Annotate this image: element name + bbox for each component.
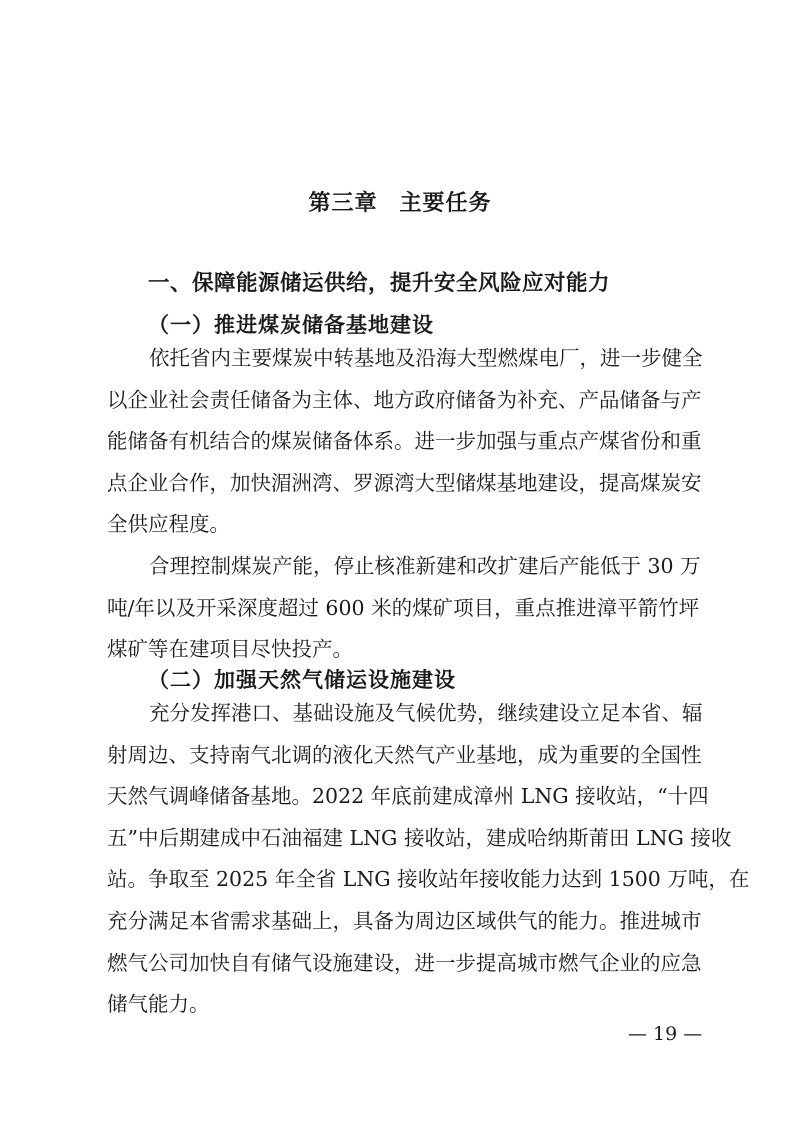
paragraph-line: 天然气调峰储备基地。2022 年底前建成漳州 LNG 接收站，“十四 <box>107 776 697 818</box>
chapter-name: 主要任务 <box>400 191 492 216</box>
paragraph-line: 充分满足本省需求基础上，具备为周边区域供气的能力。推进城市 <box>107 901 697 943</box>
chapter-title: 第三章主要任务 <box>0 186 800 217</box>
subsection-heading-gas: （二）加强天然气储运设施建设 <box>148 664 456 694</box>
paragraph-line: 以企业社会责任储备为主体、地方政府储备为补充、产品储备与产 <box>107 380 697 422</box>
paragraph-gas-storage: 充分发挥港口、基础设施及气候优势，继续建设立足本省、辐 射周边、支持南气北调的液… <box>107 693 697 1026</box>
paragraph-line: 依托省内主要煤炭中转基地及沿海大型燃煤电厂，进一步健全 <box>107 338 697 380</box>
chapter-number: 第三章 <box>308 191 377 216</box>
paragraph-line: 全供应程度。 <box>107 504 697 546</box>
paragraph-coal-capacity: 合理控制煤炭产能，停止核准新建和改扩建后产能低于 30 万 吨/年以及开采深度超… <box>107 546 697 671</box>
paragraph-line: 储气能力。 <box>107 984 697 1026</box>
document-page: 第三章主要任务 一、保障能源储运供给，提升安全风险应对能力 （一）推进煤炭储备基… <box>0 0 800 1133</box>
section-heading: 一、保障能源储运供给，提升安全风险应对能力 <box>148 266 610 297</box>
paragraph-line: 充分发挥港口、基础设施及气候优势，继续建设立足本省、辐 <box>107 693 697 735</box>
paragraph-line: 五”中后期建成中石油福建 LNG 接收站，建成哈纳斯莆田 LNG 接收 <box>107 818 697 860</box>
paragraph-line: 燃气公司加快自有储气设施建设，进一步提高城市燃气企业的应急 <box>107 943 697 985</box>
subsection-heading-coal: （一）推进煤炭储备基地建设 <box>148 309 434 339</box>
paragraph-line: 射周边、支持南气北调的液化天然气产业基地，成为重要的全国性 <box>107 735 697 777</box>
paragraph-line: 站。争取至 2025 年全省 LNG 接收站年接收能力达到 1500 万吨，在 <box>107 859 697 901</box>
paragraph-line: 合理控制煤炭产能，停止核准新建和改扩建后产能低于 30 万 <box>107 546 697 588</box>
paragraph-line: 点企业合作，加快湄洲湾、罗源湾大型储煤基地建设，提高煤炭安 <box>107 463 697 505</box>
page-number: — 19 — <box>628 1023 702 1045</box>
paragraph-line: 吨/年以及开采深度超过 600 米的煤矿项目，重点推进漳平箭竹坪 <box>107 588 697 630</box>
paragraph-coal-reserve: 依托省内主要煤炭中转基地及沿海大型燃煤电厂，进一步健全 以企业社会责任储备为主体… <box>107 338 697 546</box>
paragraph-line: 能储备有机结合的煤炭储备体系。进一步加强与重点产煤省份和重 <box>107 421 697 463</box>
